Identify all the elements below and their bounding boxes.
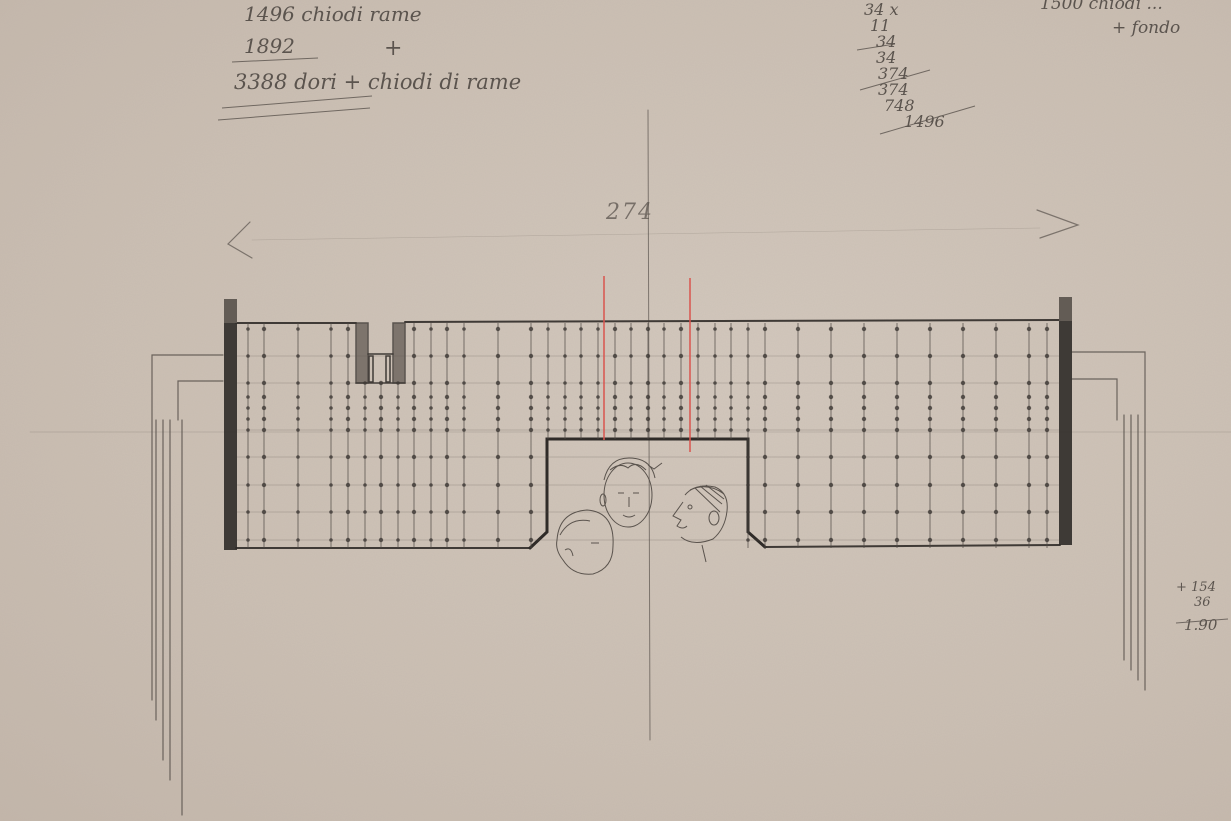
note-right-margin-calc: + 154 36 1.90 (1176, 580, 1217, 633)
center-dimension-label: 274 (606, 200, 654, 225)
note-top-left-line2: 1892 (244, 34, 295, 58)
note-calc-multiplication: 34 x 11 34 34 374 374 748 1496 (864, 2, 945, 130)
floor-plan-drawing (0, 0, 1231, 821)
note-top-left-plus: + (384, 36, 402, 61)
note-top-left-line3: 3388 dori + chiodi di rame (234, 70, 521, 94)
right-end-wall (1059, 297, 1072, 545)
note-top-far-right-line2: + fondo (1112, 18, 1180, 38)
note-top-far-right-line1: 1500 chiodi ... (1040, 0, 1163, 14)
sketch-sheet: 1496 chiodi rame 1892 + 3388 dori + chio… (0, 0, 1231, 821)
left-end-wall (224, 299, 237, 550)
note-top-left-line1: 1496 chiodi rame (244, 2, 422, 26)
